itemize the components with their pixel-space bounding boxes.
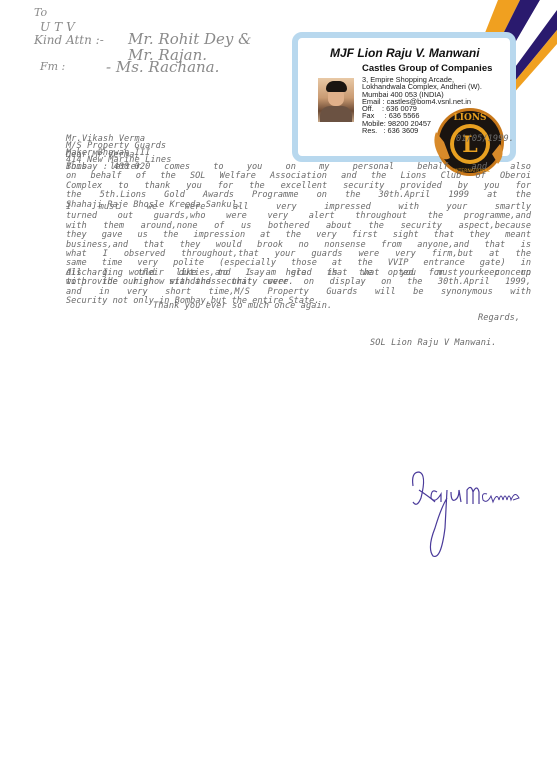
handwritten-signature (405, 468, 525, 564)
letterhead-name: MJF Lion Raju V. Manwani (330, 46, 480, 60)
date-text: 01/05/1999. (456, 134, 514, 144)
handwritten-attn-label: Kind Attn :- (34, 33, 104, 47)
handwritten-to-label: To (34, 6, 47, 19)
signatory-name: SOL Lion Raju V Manwani. (370, 338, 497, 348)
residence-phone-line: Res. : 636 3609 (362, 126, 418, 135)
handwritten-from-label: Fm : (40, 60, 65, 73)
closing-line: Thank you ever so much once again. (153, 301, 332, 311)
svg-text:LIONS: LIONS (453, 113, 486, 123)
portrait-photo (318, 78, 354, 122)
regards: Regards, (478, 313, 520, 323)
letterhead-company: Castles Group of Companies (362, 63, 492, 74)
handwritten-from-value: - Ms. Rachana. (106, 58, 219, 76)
handwritten-to-value: UTV (40, 20, 79, 34)
salutation-text: Dear Mr.Verma, (66, 150, 140, 160)
